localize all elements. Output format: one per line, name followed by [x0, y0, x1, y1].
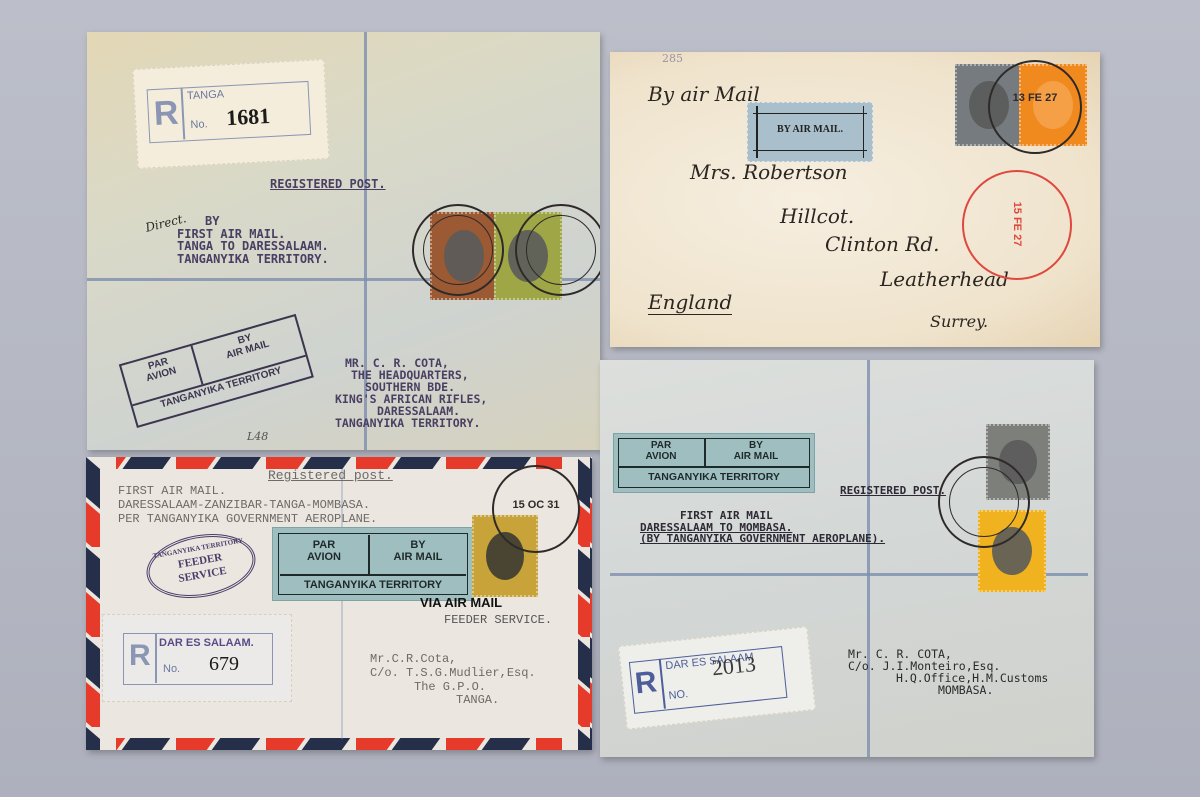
label-territory: TANGANYIKA TERRITORY	[618, 472, 810, 483]
registration-label: R DAR ES SALAAM. No. 679	[102, 614, 292, 702]
address-line: TANGANYIKA TERRITORY.	[335, 417, 487, 429]
typed-route-block: FIRST AIR MAIL DARESSALAAM TO MOMBASA. (…	[640, 510, 885, 545]
registered-post-heading: REGISTERED POST.	[270, 178, 386, 191]
address-line: Surrey.	[930, 312, 988, 331]
address-line: Mr.C.R.Cota,	[370, 653, 536, 667]
address-block: Mr.C.R.Cota, C/o. T.S.G.Mudlier,Esq. The…	[370, 653, 536, 708]
registration-r-letter: R	[153, 94, 180, 134]
cachet-par-avion: PAR AVION	[122, 350, 197, 390]
postmark-tanga-1	[412, 204, 504, 296]
registration-label: R TANGA No. 1681	[133, 59, 330, 169]
address-line: MOMBASA.	[938, 684, 1090, 696]
label-by-air-mail: BY AIR MAIL	[370, 540, 466, 563]
postmark-nairobi: 13 FE 27	[988, 60, 1082, 154]
postmark-tanga-2	[515, 204, 600, 296]
air-mail-cachet: PAR AVION BY AIR MAIL TANGANYIKA TERRITO…	[119, 314, 314, 428]
address-line: Hillcot.	[780, 204, 854, 228]
pencil-note: 285	[662, 52, 683, 65]
postmark-daressalaam	[938, 456, 1030, 548]
typed-line: FIRST AIR MAIL	[680, 510, 925, 522]
address-block: Mr. C. R. COTA, C/o. J.I.Monteiro,Esq. H…	[848, 648, 1000, 696]
postmark-daressalaam: 15 OC 31	[492, 465, 580, 553]
registration-number: 679	[209, 653, 239, 676]
postmark-date: 13 FE 27	[990, 92, 1080, 104]
postmark-date: 15 OC 31	[494, 499, 578, 511]
typed-line: TANGA TO DARESSALAAM.	[177, 240, 329, 253]
address-line: The G.P.O.	[414, 681, 580, 695]
registration-number: 2013	[711, 651, 757, 681]
typed-line: FIRST AIR MAIL.	[118, 485, 377, 499]
typed-line: TANGANYIKA TERRITORY.	[177, 253, 329, 266]
registration-label: R DAR ES SALAAM NO. 2013	[618, 626, 816, 729]
cover-feeder-service: Registered post. FIRST AIR MAIL. DARESSA…	[86, 457, 592, 750]
registration-line-vertical	[867, 360, 870, 757]
typed-line: DARESSALAAM-ZANZIBAR-TANGA-MOMBASA.	[118, 499, 377, 513]
registration-r-letter: R	[633, 665, 658, 701]
registered-post-heading: REGISTERED POST.	[840, 485, 946, 497]
registration-town: TANGA	[187, 88, 225, 102]
cover-tanga: R TANGA No. 1681 REGISTERED POST. Direct…	[87, 32, 600, 450]
registration-no-label: No.	[190, 118, 208, 131]
typed-line: PER TANGANYIKA GOVERNMENT AEROPLANE.	[118, 513, 377, 527]
par-avion-label: PAR AVION BY AIR MAIL TANGANYIKA TERRITO…	[613, 433, 815, 493]
pencil-note: L48	[247, 430, 268, 443]
label-par-avion: PAR AVION	[280, 540, 368, 563]
label-by-air-mail: BY AIR MAIL	[706, 441, 806, 462]
by-air-mail-label: BY AIR MAIL.	[747, 102, 873, 162]
registered-post-heading: Registered post.	[268, 469, 393, 484]
registration-no-label: NO.	[668, 688, 689, 702]
typed-route-block: FIRST AIR MAIL. DARESSALAAM-ZANZIBAR-TAN…	[118, 485, 377, 526]
via-air-mail-text: VIA AIR MAIL	[420, 595, 502, 610]
label-par-avion: PAR AVION	[618, 441, 704, 462]
cover-nairobi: 285 By air Mail BY AIR MAIL. Mrs. Robert…	[610, 52, 1100, 347]
registration-no-label: No.	[163, 663, 180, 675]
registration-r-letter: R	[129, 639, 151, 673]
handwritten-by-air-mail: By air Mail	[648, 82, 760, 106]
air-label-text: BY AIR MAIL.	[748, 124, 872, 135]
par-avion-label: PAR AVION BY AIR MAIL TANGANYIKA TERRITO…	[272, 527, 474, 601]
address-line: C/o. T.S.G.Mudlier,Esq.	[370, 667, 536, 681]
label-territory: TANGANYIKA TERRITORY	[280, 580, 466, 592]
registration-number: 1681	[226, 103, 271, 131]
feeder-service-text: FEEDER SERVICE.	[444, 614, 552, 628]
registration-town: DAR ES SALAAM.	[159, 637, 254, 649]
postmark-first-air-mail-red: 15 FE 27	[962, 170, 1072, 280]
red-postmark-date: 15 FE 27	[1011, 171, 1023, 277]
cover-mombasa: PAR AVION BY AIR MAIL TANGANYIKA TERRITO…	[600, 360, 1094, 757]
address-line: Clinton Rd.	[825, 232, 940, 256]
address-block: MR. C. R. COTA, THE HEADQUARTERS, SOUTHE…	[335, 357, 487, 429]
handwritten-country: England	[648, 290, 732, 315]
address-line: Mrs. Robertson	[690, 160, 848, 184]
typed-line: BY	[205, 215, 357, 228]
address-line: TANGA.	[456, 694, 592, 708]
typed-route-block: BY FIRST AIR MAIL. TANGA TO DARESSALAAM.…	[177, 215, 329, 265]
typed-line: (BY TANGANYIKA GOVERNMENT AEROPLANE).	[640, 533, 885, 545]
